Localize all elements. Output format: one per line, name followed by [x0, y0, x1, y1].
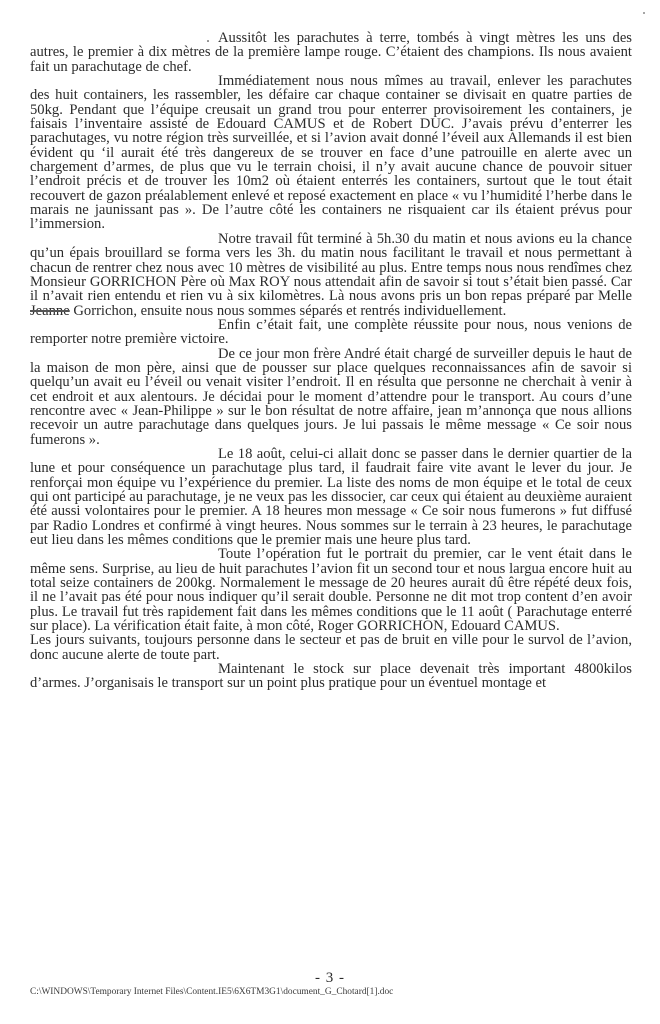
- paragraph-august-18: Le 18 août, celui-ci allait donc se pass…: [30, 447, 632, 547]
- paragraph-surveillance: De ce jour mon frère André était chargé …: [30, 347, 632, 447]
- struck-out-name: Jeanne: [30, 303, 70, 319]
- footer-file-path: C:\WINDOWS\Temporary Internet Files\Cont…: [30, 987, 393, 997]
- page-number: - 3 -: [0, 970, 660, 987]
- paragraph-first-victory: Enfin c’était fait, une complète réussit…: [30, 318, 632, 347]
- paragraph-work-finished: Notre travail fût terminé à 5h.30 du mat…: [30, 232, 632, 318]
- paragraph-following-days: Les jours suivants, toujours personne da…: [30, 633, 632, 662]
- paragraph-parachutes-landing: Aussitôt les parachutes à terre, tombés …: [30, 31, 632, 74]
- paragraph-text-before-strike: Notre travail fût terminé à 5h.30 du mat…: [30, 231, 632, 304]
- document-page: Aussitôt les parachutes à terre, tombés …: [30, 31, 632, 691]
- scan-speck: [207, 40, 209, 42]
- paragraph-immediate-work: Immédiatement nous nous mîmes au travail…: [30, 74, 632, 232]
- paragraph-second-operation: Toute l’opération fut le portrait du pre…: [30, 547, 632, 633]
- scan-speck: [643, 12, 645, 14]
- paragraph-stock: Maintenant le stock sur place devenait t…: [30, 662, 632, 691]
